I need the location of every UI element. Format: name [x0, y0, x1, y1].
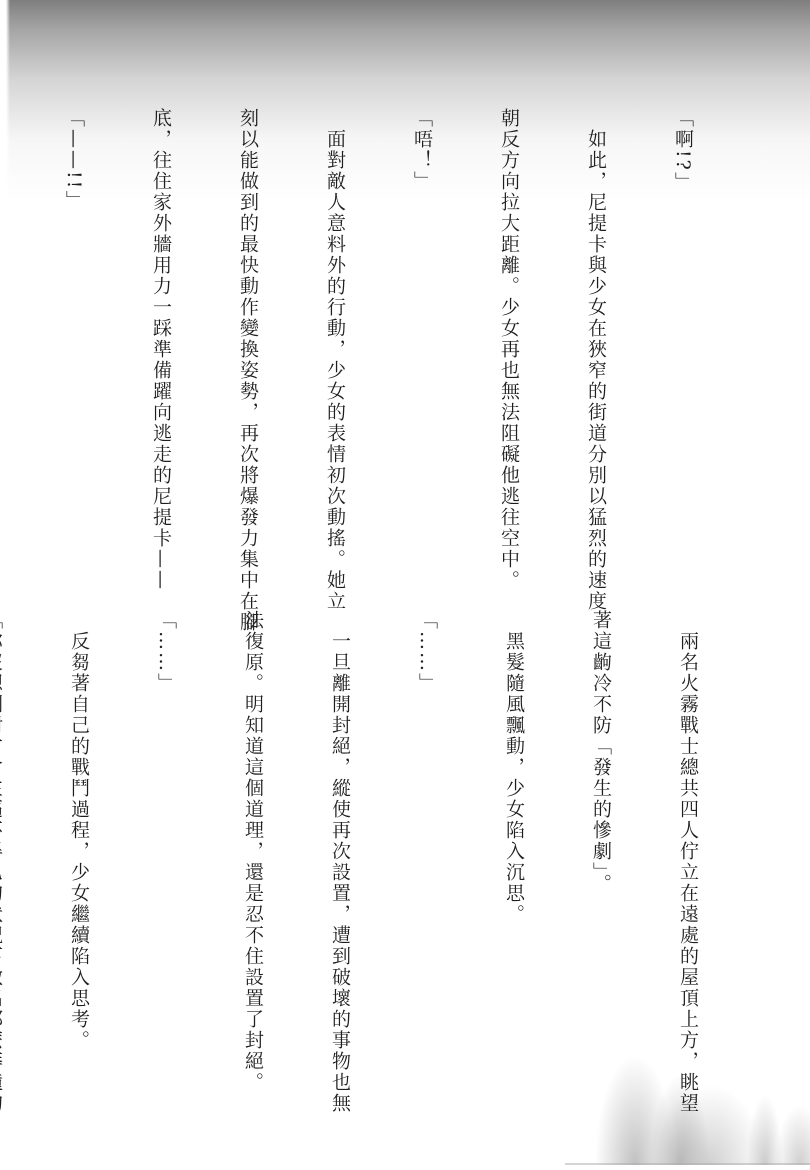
text-column: 如此，尼提卡與少女在狹窄的街道分別以猛烈的速度 — [581, 108, 610, 548]
text-column: 「……」 — [151, 610, 180, 1065]
text-block-bottom: 兩名火霧戰士總共四人佇立在遠處的屋頂上方，眺望 著這齣冷不防「發生的慘劇」。 黑… — [0, 610, 760, 1065]
text-column: 「妳沒想到對方會在逼不得已的狀況下做出那麼莽撞的 — [0, 610, 6, 1065]
text-block-top: 「啊!?」 如此，尼提卡與少女在狹窄的街道分別以猛烈的速度 朝反方向拉大距離。少… — [0, 108, 755, 548]
text-column: 刻以能做到的最快動作變換姿勢，再次將爆發力集中在腳 — [233, 108, 262, 548]
text-column: 「——!!」 — [59, 108, 88, 548]
text-column: 著這齣冷不防「發生的慘劇」。 — [586, 610, 615, 1065]
text-column: 黑髮隨風飄動，少女陷入沉思。 — [499, 610, 528, 1065]
text-column: 一旦離開封絕，縱使再次設置，遭到破壞的事物也無 — [325, 610, 354, 1065]
text-column: 反芻著自己的戰鬥過程，少女繼續陷入思考。 — [64, 610, 93, 1065]
text-column: 「……」 — [412, 610, 441, 1065]
text-column: 法復原。明知道這個道理，還是忍不住設置了封絕。 — [238, 610, 267, 1065]
text-column: 底，往住家外牆用力一踩準備躍向逃走的尼提卡—— — [146, 108, 175, 548]
text-column: 「啊!?」 — [668, 108, 697, 548]
text-column: 朝反方向拉大距離。少女再也無法阻礙他逃往空中。 — [494, 108, 523, 548]
text-column: 面對敵人意料外的行動，少女的表情初次動搖。她立 — [320, 108, 349, 548]
page-bottom-rule — [565, 1163, 810, 1165]
text-column: 「唔！」 — [407, 108, 436, 548]
text-column: 兩名火霧戰士總共四人佇立在遠處的屋頂上方，眺望 — [673, 610, 702, 1065]
text-column: 已經，來不及了。 — [0, 108, 1, 548]
page-top-edge — [0, 0, 810, 6]
